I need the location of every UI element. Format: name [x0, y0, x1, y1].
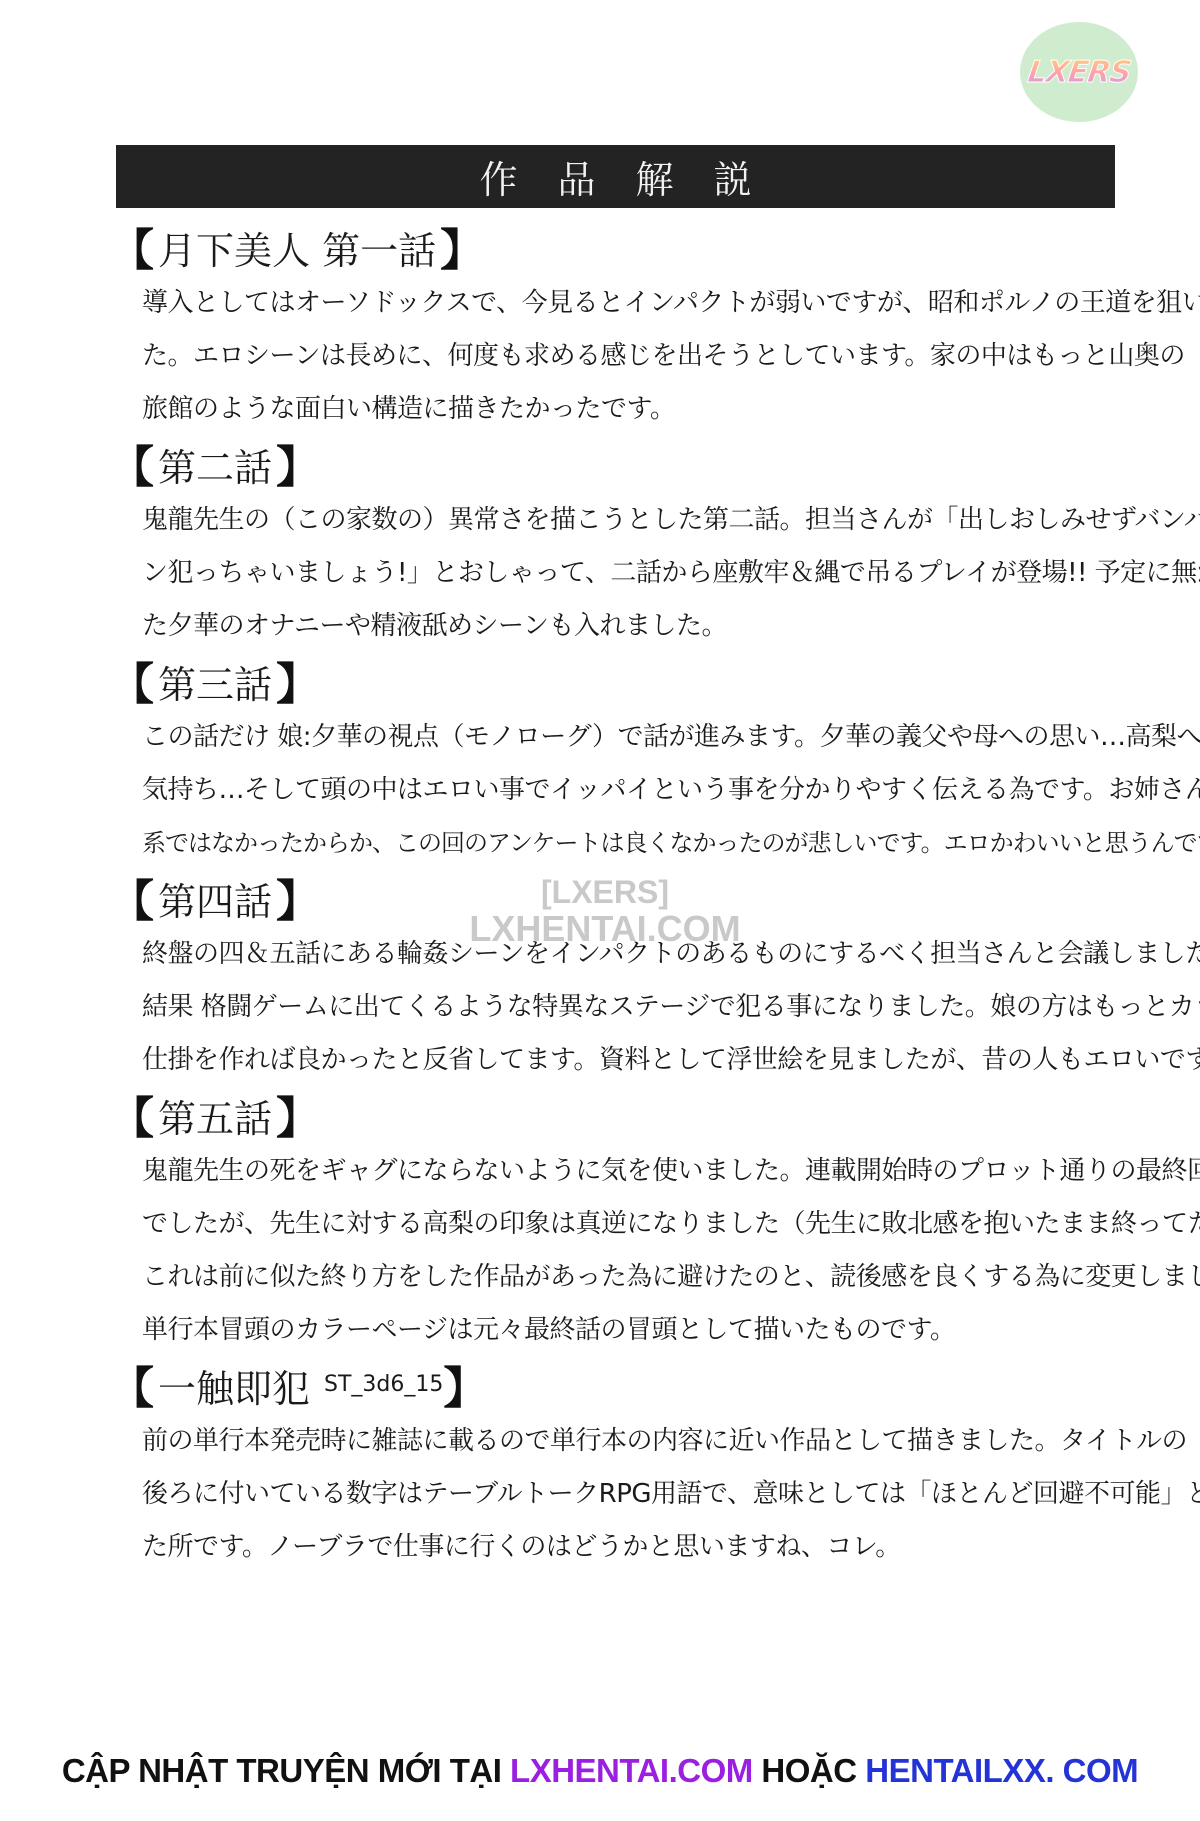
section-episode-3: 【 第三話 】 この話だけ 娘:夕華の視点（モノローグ）で話が進みます。夕華の義…	[110, 659, 1130, 870]
section-title: 一触即犯	[154, 1365, 314, 1413]
section-subtitle: ST_3d6_15	[324, 1361, 443, 1415]
section-title: 第五話	[154, 1095, 276, 1143]
section-heading: 【 月下美人 第一話 】	[110, 225, 1130, 277]
body-line: 後ろに付いている数字はテーブルトークRPG用語で、意味としては「ほとんど回避不可…	[142, 1468, 1130, 1521]
section-title: 第三話	[154, 661, 276, 709]
footer-text-or: HOẶC	[753, 1752, 866, 1789]
body-line: た夕華のオナニーや精液舐めシーンも入れました。	[142, 600, 1130, 653]
footer-banner: CẬP NHẬT TRUYỆN MỚI TẠI LXHENTAI.COM HOẶ…	[0, 1752, 1200, 1790]
page-title-bar: 作品解説	[116, 145, 1115, 208]
section-heading: 【 第二話 】	[110, 442, 1130, 494]
bracket-open-icon: 【	[110, 227, 154, 275]
bracket-close-icon: 】	[443, 1365, 487, 1413]
footer-link-hentailxx[interactable]: HENTAILXX. COM	[865, 1752, 1138, 1789]
section-heading: 【 第三話 】	[110, 659, 1130, 711]
body-line: 旅館のような面白い構造に描きたかったです。	[142, 383, 1130, 436]
body-line: 導入としてはオーソドックスで、今見るとインパクトが弱いですが、昭和ポルノの王道を…	[142, 277, 1130, 330]
body-line: 仕掛を作れば良かったと反省してます。資料として浮世絵を見ましたが、昔の人もエロい…	[142, 1034, 1130, 1087]
section-body: 鬼龍先生の死をギャグにならないように気を使いました。連載開始時のプロット通りの最…	[110, 1145, 1130, 1357]
footer-link-lxhentai[interactable]: LXHENTAI.COM	[510, 1752, 753, 1789]
watermark: [LXERS] LXHENTAI.COM	[440, 875, 770, 949]
bracket-open-icon: 【	[110, 1365, 154, 1413]
body-line: 気持ち…そして頭の中はエロい事でイッパイという事を分かりやすく伝える為です。お姉…	[142, 764, 1130, 817]
body-line: これは前に似た終り方をした作品があった為に避けたのと、読後感を良くする為に変更し…	[142, 1251, 1130, 1304]
body-line: この話だけ 娘:夕華の視点（モノローグ）で話が進みます。夕華の義父や母への思い……	[142, 711, 1130, 764]
body-line: た。エロシーンは長めに、何度も求める感じを出そうとしています。家の中はもっと山奥…	[142, 330, 1130, 383]
body-line: 単行本冒頭のカラーページは元々最終話の冒頭として描いたものです。	[142, 1304, 1130, 1357]
body-line: でしたが、先生に対する高梨の印象は真逆になりました（先生に敗北感を抱いたまま終っ…	[142, 1198, 1130, 1251]
section-isshoku-sokuhan: 【 一触即犯 ST_3d6_15 】 前の単行本発売時に雑誌に載るので単行本の内…	[110, 1363, 1130, 1574]
footer-text: CẬP NHẬT TRUYỆN MỚI TẠI	[62, 1752, 510, 1789]
body-line: た所です。ノーブラで仕事に行くのはどうかと思いますね、コレ。	[142, 1521, 1130, 1574]
section-body: 終盤の四＆五話にある輪姦シーンをインパクトのあるものにするべく担当さんと会議しま…	[110, 928, 1130, 1087]
body-line: ン犯っちゃいましょう!」とおしゃって、二話から座敷牢＆縄で吊るプレイが登場!! …	[142, 547, 1130, 600]
lxers-logo: LXERS	[1020, 22, 1138, 122]
section-episode-1: 【 月下美人 第一話 】 導入としてはオーソドックスで、今見るとインパクトが弱い…	[110, 225, 1130, 436]
section-heading: 【 一触即犯 ST_3d6_15 】	[110, 1363, 1130, 1415]
bracket-close-icon: 】	[276, 661, 320, 709]
body-line: 結果 格闘ゲームに出てくるような特異なステージで犯る事になりました。娘の方はもっ…	[142, 981, 1130, 1034]
section-title: 月下美人 第一話	[154, 227, 440, 275]
bracket-close-icon: 】	[440, 227, 484, 275]
watermark-line-1: [LXERS]	[440, 875, 770, 909]
section-body: 前の単行本発売時に雑誌に載るので単行本の内容に近い作品として描きました。タイトル…	[110, 1415, 1130, 1574]
bracket-open-icon: 【	[110, 444, 154, 492]
section-title: 第四話	[154, 878, 276, 926]
bracket-open-icon: 【	[110, 1095, 154, 1143]
bracket-open-icon: 【	[110, 878, 154, 926]
bracket-close-icon: 】	[276, 1095, 320, 1143]
body-line: 前の単行本発売時に雑誌に載るので単行本の内容に近い作品として描きました。タイトル…	[142, 1415, 1130, 1468]
section-title: 第二話	[154, 444, 276, 492]
section-episode-5: 【 第五話 】 鬼龍先生の死をギャグにならないように気を使いました。連載開始時の…	[110, 1093, 1130, 1357]
section-body: この話だけ 娘:夕華の視点（モノローグ）で話が進みます。夕華の義父や母への思い……	[110, 711, 1130, 870]
bracket-open-icon: 【	[110, 661, 154, 709]
body-line: 系ではなかったからか、この回のアンケートは良くなかったのが悲しいです。エロかわい…	[142, 817, 1130, 870]
section-heading: 【 第五話 】	[110, 1093, 1130, 1145]
bracket-close-icon: 】	[276, 878, 320, 926]
section-body: 導入としてはオーソドックスで、今見るとインパクトが弱いですが、昭和ポルノの王道を…	[110, 277, 1130, 436]
bracket-close-icon: 】	[276, 444, 320, 492]
body-line: 鬼龍先生の（この家数の）異常さを描こうとした第二話。担当さんが「出しおしみせずバ…	[142, 494, 1130, 547]
logo-text: LXERS	[1025, 55, 1132, 90]
body-line: 鬼龍先生の死をギャグにならないように気を使いました。連載開始時のプロット通りの最…	[142, 1145, 1130, 1198]
watermark-line-2: LXHENTAI.COM	[440, 909, 770, 949]
section-body: 鬼龍先生の（この家数の）異常さを描こうとした第二話。担当さんが「出しおしみせずバ…	[110, 494, 1130, 653]
section-episode-2: 【 第二話 】 鬼龍先生の（この家数の）異常さを描こうとした第二話。担当さんが「…	[110, 442, 1130, 653]
page-title: 作品解説	[439, 149, 791, 204]
